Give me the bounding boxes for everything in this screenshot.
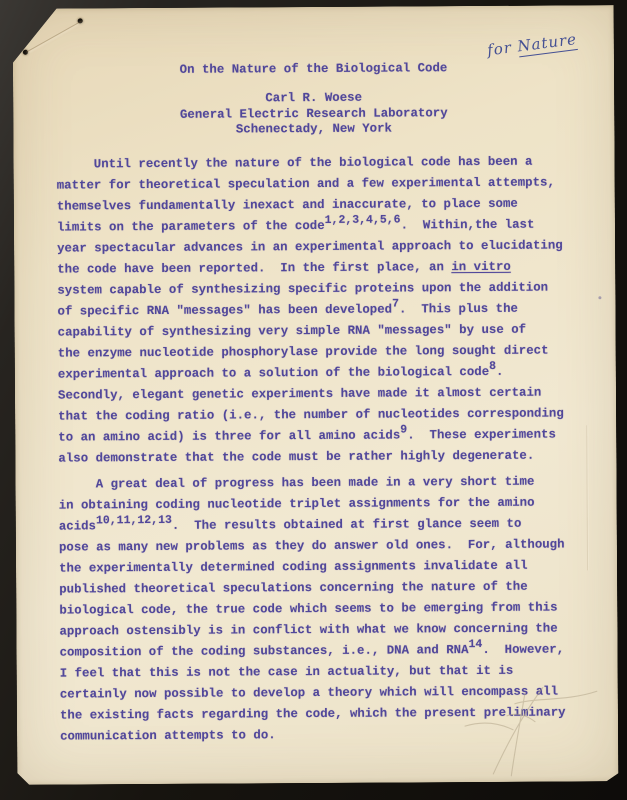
typed-text: themselves fundamentally inexact and ina… [57, 197, 518, 214]
typed-text: experimental approach to a solution of t… [58, 365, 489, 382]
typed-text: . However, [482, 642, 564, 656]
typed-text: in vitro [451, 260, 511, 274]
typed-text: of specific RNA "messages" has been deve… [57, 303, 392, 319]
paper-crease [586, 425, 588, 570]
typed-text: acids [59, 519, 96, 533]
typed-text: the enzyme nucleotide phosphorylase prov… [58, 344, 549, 361]
typed-text: communication attempts to do. [60, 728, 276, 743]
typed-text: . Within,the last [401, 218, 535, 233]
typed-text: capability of synthesizing very simple R… [58, 323, 527, 340]
handwritten-annotation: for Nature [486, 30, 578, 59]
document-body: Until recently the nature of the biologi… [57, 151, 581, 747]
photo-background: for Nature On the Nature of the Biologic… [0, 0, 627, 800]
typed-text: Secondly, elegant genetic experiments ha… [58, 386, 541, 403]
typed-text: the experimentally determined coding ass… [59, 559, 528, 576]
typed-text: in obtaining coding nucleotide triplet a… [59, 496, 535, 513]
typed-text: pose as many new problems as they do ans… [59, 537, 565, 554]
pencil-scribble [455, 681, 606, 782]
typed-text: matter for theoretical speculation and a… [57, 176, 555, 193]
annotation-prefix: for [486, 38, 513, 59]
typed-text: I feel that this is not the case in actu… [60, 664, 514, 681]
citation-superscript: 7 [392, 297, 399, 310]
typed-line: also demonstrate that the code must be r… [58, 445, 578, 469]
typed-text: that the coding ratio (i.e., the number … [58, 406, 564, 423]
typed-text: approach ostensibly is in conflict with … [59, 622, 557, 639]
typed-text: Until recently the nature of the biologi… [57, 155, 533, 172]
citation-superscript: 1,2,3,4,5,6 [325, 213, 401, 226]
typed-text: also demonstrate that the code must be r… [58, 449, 534, 466]
typed-text: published theoretical speculations conce… [59, 580, 528, 597]
typed-text: . [496, 365, 504, 379]
typed-text: to an amino acid) is three for all amino… [58, 428, 400, 444]
annotation-word: Nature [516, 30, 578, 57]
typed-text: year spectacular advances in an experime… [57, 238, 563, 255]
paragraph: Until recently the nature of the biologi… [57, 151, 579, 469]
typed-text: . This plus the [399, 302, 518, 317]
typed-text: system capable of synthesizing specific … [57, 281, 548, 298]
typed-text: limits on the parameters of the code [57, 219, 325, 235]
staple-crease [26, 20, 82, 52]
location: Schenectady, New York [56, 120, 571, 139]
typed-text: . These experiments [407, 428, 556, 443]
citation-superscript: 14 [468, 638, 482, 651]
citation-superscript: 10,11,12,13 [96, 514, 172, 527]
byline: Carl R. Woese General Electric Research … [56, 89, 571, 139]
citation-superscript: 9 [400, 423, 407, 436]
ink-speck [598, 296, 601, 299]
typed-text: composition of the coding substances, i.… [60, 643, 469, 659]
typed-text: A great deal of progress has been made i… [58, 475, 534, 492]
citation-superscript: 8 [489, 360, 496, 373]
typed-text: biological code, the true code which see… [59, 601, 557, 618]
manuscript-page: for Nature On the Nature of the Biologic… [13, 5, 619, 785]
typed-text: . The results obtained at first glance s… [172, 517, 522, 533]
document-title: On the Nature of the Biological Code [56, 60, 571, 77]
typed-text: the code have been reported. In the firs… [57, 260, 451, 276]
